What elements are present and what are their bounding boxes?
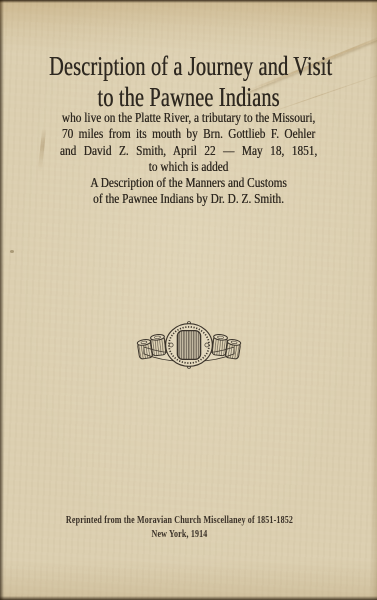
subtitle-line-4: to which is added [30,159,347,175]
imprint: Reprinted from the Moravian Church Misce… [0,514,368,541]
book-title-line1: Description of a Journey and Visit [49,50,328,81]
book-title-line2: to the Pawnee Indians [49,81,328,112]
subtitle-line-1: who live on the Platte River, a tributar… [30,110,347,126]
subtitle-line-2: 70 miles from its mouth by Brn. Gottlieb… [30,126,347,142]
printers-ornament-icon [132,319,246,371]
imprint-line2: New York, 1914 [29,528,331,542]
subtitle-line-5: A Description of the Manners and Customs [30,175,347,191]
paper-speck [10,250,14,253]
imprint-line1: Reprinted from the Moravian Church Misce… [29,514,331,528]
subtitle-line-3: and David Z. Smith, April 22 — May 18, 1… [30,143,347,159]
scanned-book-title-page: Description of a Journey and Visit to th… [0,0,377,600]
subtitle-line-6: of the Pawnee Indians by Dr. D. Z. Smith… [30,191,347,207]
book-subtitle: who live on the Platte River, a tributar… [0,110,377,208]
book-title: Description of a Journey and Visit to th… [0,50,377,112]
